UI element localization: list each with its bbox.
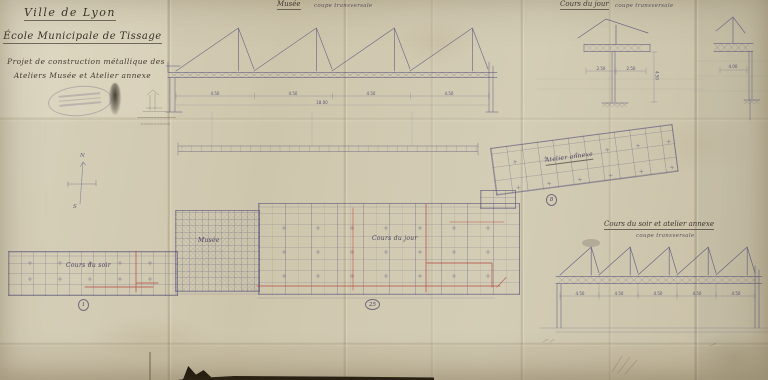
jour-lattice-web: [586, 45, 642, 52]
sketches-and-scribbles: [138, 90, 716, 374]
dim-label: 4.00: [723, 64, 743, 69]
edge-footing-hatch: [744, 100, 759, 104]
dim-label: 18.00: [312, 100, 332, 105]
dim-label: 4.50: [570, 291, 590, 296]
red-soir-lines: [85, 251, 158, 292]
dim-label: 4.50: [687, 291, 707, 296]
edge-roof-slope: [716, 17, 745, 43]
pencil-marks: [543, 339, 716, 346]
compass-rose: [68, 162, 96, 204]
detail-sketch: [143, 90, 166, 112]
soir-section-title: Cours du soir et atelier annexe: [604, 220, 714, 230]
compass-south-label: S: [73, 204, 77, 210]
dim-label: 4.50: [205, 91, 225, 96]
compass-lines: [68, 162, 96, 204]
soir-plan-marker: 1: [78, 299, 89, 311]
dim-label: 2.50: [621, 66, 641, 71]
soir-lattice-beam-chords: [556, 277, 762, 284]
jour-section-subtitle: coupe transversale: [615, 3, 673, 9]
city-title: Ville de Lyon: [24, 6, 116, 21]
edge-lattice-web: [714, 44, 749, 52]
dim-label: 4.50: [655, 69, 660, 83]
smudge-mark: [582, 239, 600, 247]
musee-lattice-web: [170, 73, 490, 78]
cours-du-jour-section-drawing: [536, 19, 704, 107]
musee-lattice-beam-chords: [168, 73, 497, 78]
musee-left-column: [166, 62, 182, 112]
jour-footing-hatch: [602, 103, 627, 107]
plan-wall-lines: [8, 207, 518, 298]
plans-linework: [8, 207, 518, 298]
jour-center-column: [612, 52, 615, 102]
annexe-plan-marker: 8: [546, 194, 557, 206]
jour-plan-cross-marks: [282, 226, 490, 278]
soir-sawtooth-roof: [560, 247, 755, 275]
title-block-school: École Municipale de Tissage: [0, 24, 165, 43]
project-line-2: Ateliers Musée et Atelier annexe: [14, 71, 151, 80]
scale-note: [138, 118, 176, 125]
jour-roof-slopes: [578, 19, 648, 44]
red-base-line: [257, 278, 506, 288]
dim-label: 2.50: [591, 66, 611, 71]
musee-plan-label: Musée: [198, 237, 220, 244]
dim-label: 4.50: [283, 91, 303, 96]
red-partition-lines: [426, 204, 492, 292]
dim-label: 4.50: [726, 291, 746, 296]
musee-right-wall: [486, 62, 498, 112]
guide-lines: [536, 79, 704, 89]
soir-annexe-section-drawing: [540, 239, 768, 332]
compass-north-label: N: [80, 153, 85, 159]
soir-section-subtitle: coupe transversale: [636, 233, 694, 239]
soir-plan-label: Cours du soir: [66, 262, 111, 269]
projection-lines: [212, 112, 412, 146]
school-title: École Municipale de Tissage: [3, 31, 161, 44]
dim-label: 4.50: [648, 291, 668, 296]
title-block-city: Ville de Lyon: [10, 1, 130, 20]
soir-end-walls: [557, 266, 759, 328]
jour-plan-label: Cours du jour: [372, 235, 418, 242]
jour-section-title: Cours du jour: [560, 0, 609, 10]
edge-column: [744, 51, 760, 120]
scanned-architectural-drawing: Atelier annexe: [0, 0, 768, 380]
soir-ground-line: [540, 328, 768, 332]
pencil-scribbles: [612, 356, 637, 374]
musee-section-subtitle: coupe transversale: [314, 3, 372, 9]
dim-label: 4.50: [439, 91, 459, 96]
title-block-project-2: Ateliers Musée et Atelier annexe: [0, 63, 165, 82]
musee-sawtooth-roof: [176, 28, 488, 71]
purlin-strip: [178, 143, 478, 155]
dim-label: 4.50: [609, 291, 629, 296]
musee-section-title: Musée: [277, 0, 301, 10]
dim-label: 4.50: [361, 91, 381, 96]
jour-plan-marker: 25: [365, 299, 380, 310]
soir-lattice-web: [558, 277, 758, 284]
purlin-strip-ticks: [182, 146, 476, 152]
